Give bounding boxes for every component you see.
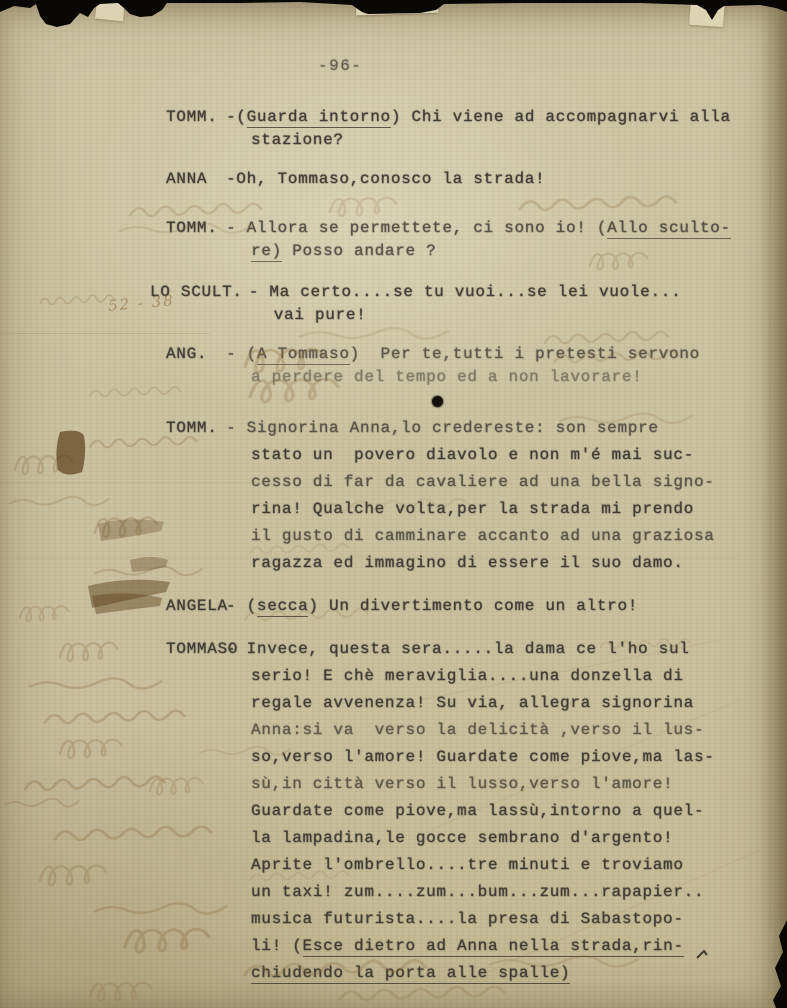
dialogue-line: -(Guarda intorno) Chi viene ad accompagn… <box>226 106 764 129</box>
dialogue-line: Aprite l'ombrello....tre minuti e trovia… <box>226 852 764 879</box>
dialogue-line: la lampadina,le gocce sembrano d'argento… <box>226 825 764 852</box>
dialogue-line: Guardate come piove,ma lassù,intorno a q… <box>226 798 764 825</box>
torn-paper-flap <box>689 0 725 27</box>
dialogue-block: LO SCULT.- Ma certo....se tu vuoi...se l… <box>148 281 764 327</box>
torn-paper-flap <box>356 0 438 15</box>
page-number: -96- <box>318 57 362 75</box>
dialogue-line: regale avvenenza! Su via, allegra signor… <box>226 690 764 717</box>
dialogue-line: ragazza ed immagino di essere il suo dam… <box>226 550 764 577</box>
dialogue-line: chiudendo la porta alle spalle) <box>226 960 764 987</box>
ink-dot <box>432 396 443 407</box>
dialogue-line: il gusto di camminare accanto ad una gra… <box>226 523 764 550</box>
torn-paper-flap <box>95 0 125 21</box>
dialogue-area: TOMM.-(Guarda intorno) Chi viene ad acco… <box>148 106 764 1003</box>
page-edge-shadow <box>761 0 787 1008</box>
dialogue-line: rina! Qualche volta,per la strada mi pre… <box>226 496 764 523</box>
dialogue-line: li! (Esce dietro ad Anna nella strada,ri… <box>226 933 764 960</box>
dialogue-line: - (A Tommaso) Per te,tutti i pretesti se… <box>226 343 764 366</box>
dialogue-line: - Signorina Anna,lo credereste: son semp… <box>226 415 764 442</box>
dialogue-line: stato un povero diavolo e non m'é mai su… <box>226 442 764 469</box>
dialogue-line: - Allora se permettete, ci sono io! (All… <box>226 217 764 240</box>
dialogue-line: un taxi! zum....zum...bum...zum...rapapi… <box>226 879 764 906</box>
dialogue-line: cesso di far da cavaliere ad una bella s… <box>226 469 764 496</box>
scanned-script-page: { "document": { "page_number": "-96-", "… <box>0 0 787 1008</box>
dialogue-line: sù,in città verso il lusso,verso l'amore… <box>226 771 764 798</box>
dialogue-line: -Oh, Tommaso,conosco la strada! <box>226 168 764 191</box>
dialogue-line: re) Posso andare ? <box>226 240 764 263</box>
dialogue-line: - Ma certo....se tu vuoi...se lei vuole.… <box>249 281 764 304</box>
speaker-label: TOMM. <box>148 106 226 129</box>
dialogue-line: vai pure! <box>249 304 764 327</box>
dialogue-block: TOMM.- Signorina Anna,lo credereste: son… <box>148 415 764 577</box>
speaker-label: ANGELA <box>148 593 226 620</box>
dialogue-block: TOMM.- Allora se permettete, ci sono io!… <box>148 217 764 263</box>
dialogue-line: Anna:si va verso la delicità ,verso il l… <box>226 717 764 744</box>
dialogue-line: - (secca) Un divertimento come un altro! <box>226 593 764 620</box>
dialogue-line: stazione? <box>226 129 764 152</box>
dialogue-block: ANG.- (A Tommaso) Per te,tutti i pretest… <box>148 343 764 389</box>
speaker-label: ANNA <box>148 168 226 191</box>
speaker-label: ANG. <box>148 343 226 366</box>
paper-sheet: -96- TOMM.-(Guarda intorno) Chi viene ad… <box>0 0 787 1008</box>
dialogue-block: TOMMASO- Invece, questa sera.....la dama… <box>148 636 764 987</box>
speaker-label: TOMMASO <box>148 636 226 663</box>
dialogue-block: ANNA-Oh, Tommaso,conosco la strada! <box>148 168 764 191</box>
dialogue-block: ANGELA- (secca) Un divertimento come un … <box>148 593 764 620</box>
dialogue-block: TOMM.-(Guarda intorno) Chi viene ad acco… <box>148 106 764 152</box>
dialogue-line: serio! E chè meraviglia....una donzella … <box>226 663 764 690</box>
speaker-label: TOMM. <box>148 415 226 442</box>
dialogue-line: - Invece, questa sera.....la dama ce l'h… <box>226 636 764 663</box>
dialogue-line: a perdere del tempo ed a non lavorare! <box>226 366 764 389</box>
dialogue-line: so,verso l'amore! Guardate come piove,ma… <box>226 744 764 771</box>
speaker-label: TOMM. <box>148 217 226 240</box>
dialogue-line: musica futurista....la presa di Sabastop… <box>226 906 764 933</box>
